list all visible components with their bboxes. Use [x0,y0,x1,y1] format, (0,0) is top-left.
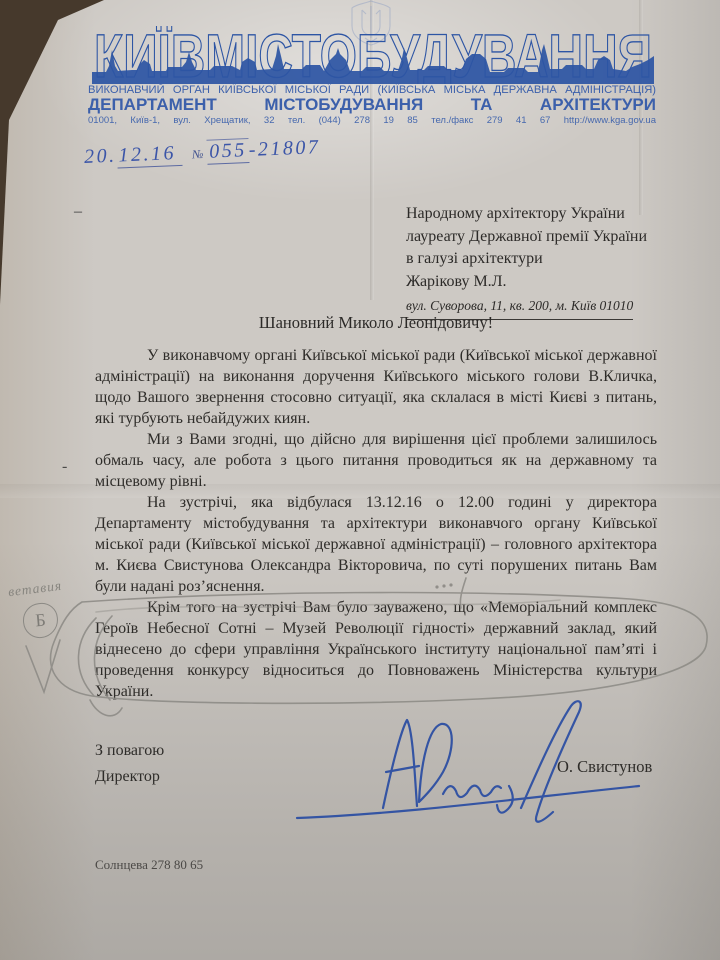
letter-page: КИЇВМІСТОБУДУВАННЯ ВИКОНАВЧИЙ ОРГАН КИЇВ… [0,0,720,960]
pencil-markup-icon [0,0,720,960]
